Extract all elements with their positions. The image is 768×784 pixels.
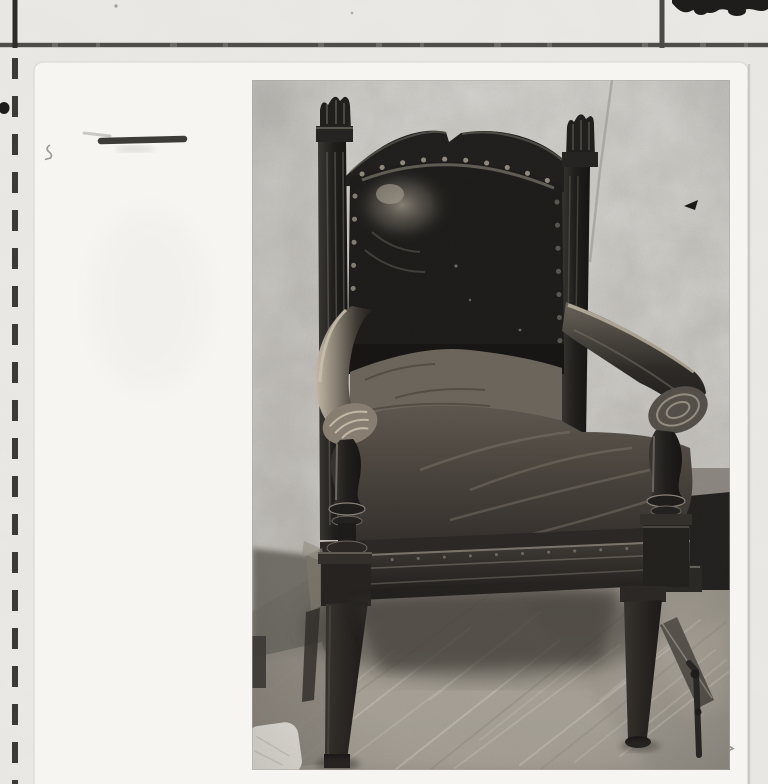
photo-grain (252, 80, 730, 770)
archive-photo-figure (0, 0, 768, 784)
ink-dash-mark (101, 139, 184, 141)
ink-dash-smudge (115, 146, 155, 152)
paper-speck (351, 12, 354, 15)
paper-speck (114, 4, 117, 7)
photograph (245, 80, 730, 779)
ink-scribble-blob (694, 5, 708, 15)
ink-scribble-blob (728, 6, 746, 16)
scanned-page (0, 0, 768, 784)
card-smudge (90, 210, 210, 390)
